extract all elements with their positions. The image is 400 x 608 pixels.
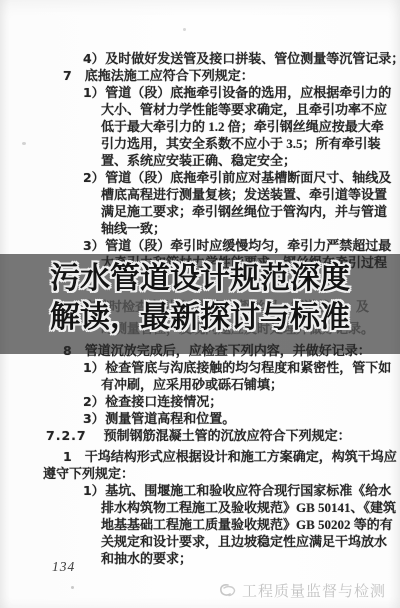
item-number: 1） [83, 85, 104, 100]
text-line: 轴线一致； [0, 220, 400, 237]
headline-line-1: 污水管道设计规范深度 [0, 263, 400, 295]
text-line: 1）管道（段）底拖牵引设备的选用，应根据牵引力的 [0, 84, 400, 101]
swirl-circle-icon [218, 582, 238, 600]
text-line: 槽底高程进行测量复核；发送装置、牵引道等设置 [0, 186, 400, 203]
page-number: 134 [52, 559, 75, 575]
text-line: 3）管道（段）牵引时应缓慢均匀，牵引力严禁超过最 [0, 237, 400, 254]
text-line: 低于最大牵引力的 1.2 倍；牵引钢丝绳应按最大牵 [0, 118, 400, 135]
text-line: 1）检查管底与沟底接触的均匀程度和紧密性，管下如 [0, 359, 400, 376]
item-number: 3） [83, 238, 104, 253]
watermark: 工程质量监督与检测 [218, 580, 386, 601]
text-line: 有冲刷，应采用砂或砾石铺填； [0, 376, 400, 393]
text-line: 1干坞结构形式应根据设计和施工方案确定，构筑干坞应 [0, 448, 400, 465]
paper-speck [22, 142, 26, 145]
text-line: 2）管道（段）底拖牵引前应对基槽断面尺寸、轴线及 [0, 169, 400, 186]
item-number: 1） [83, 483, 104, 498]
paper-speck [71, 586, 74, 589]
headline-line-2: 解读，最新探讨与标准 [0, 302, 400, 334]
document-photo: 4）及时做好发送管及接口拼装、管位测量等沉管记录；7底拖法施工应符合下列规定：1… [0, 0, 400, 608]
text-line: 1）基坑、围堰施工和验收应符合现行国家标准《给水 [0, 482, 400, 499]
text-line: 3）测量管道高程和位置。 [0, 410, 400, 427]
paper-speck [183, 28, 186, 31]
item-number: 2） [83, 394, 104, 409]
text-line: 置、系统应安装正确、稳定安全； [0, 152, 400, 169]
text-line: 遵守下列规定： [0, 465, 400, 482]
item-number: 7 [63, 68, 72, 83]
text-line: 2）检查接口连接情况； [0, 393, 400, 410]
headline-overlay-band: 污水管道设计规范深度 解读，最新探讨与标准 [0, 254, 400, 354]
text-line: 4）及时做好发送管及接口拼装、管位测量等沉管记录； [0, 50, 400, 67]
text-line: 关规定和设计要求，且边坡稳定性应满足干坞放水 [0, 533, 400, 550]
text-line: 满足施工要求；牵引钢丝绳位于管沟内，并与管道 [0, 203, 400, 220]
item-number: 3） [83, 411, 104, 426]
item-number: 7.2.7 [46, 428, 87, 443]
item-number: 2） [83, 170, 104, 185]
watermark-text: 工程质量监督与检测 [242, 580, 386, 601]
item-number: 4） [83, 51, 104, 66]
item-number: 1） [83, 360, 104, 375]
text-line: 7底拖法施工应符合下列规定： [0, 67, 400, 84]
text-line: 地基基础工程施工质量验收规范》GB 50202 等的有 [0, 516, 400, 533]
text-line: 引力选用，其安全系数不应小于 3.5；所有牵引装 [0, 135, 400, 152]
item-number: 1 [63, 449, 72, 464]
text-line: 7.2.7预制钢筋混凝土管的沉放应符合下列规定： [0, 427, 400, 444]
text-line: 排水构筑物工程施工及验收规范》GB 50141、《建筑 [0, 499, 400, 516]
text-line: 大小、管材力学性能等要求确定，且牵引功率不应 [0, 101, 400, 118]
